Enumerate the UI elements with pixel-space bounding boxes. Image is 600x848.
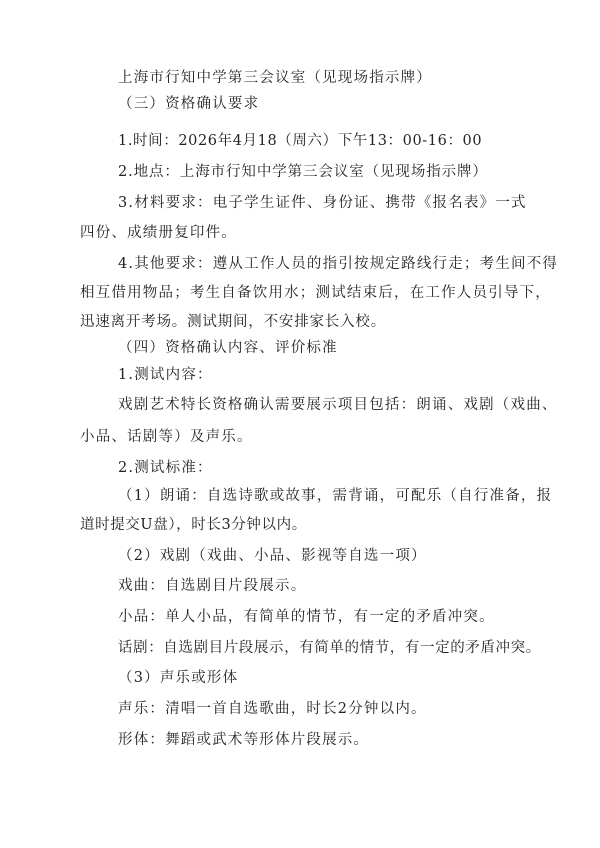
item-2-location: 2.地点：上海市行知中学第三会议室（见现场指示牌）: [118, 162, 488, 182]
section-3-title: （三）资格确认要求: [118, 94, 259, 114]
vocal-body-title: （3）声乐或形体: [118, 668, 238, 688]
section-4-title: （四）资格确认内容、评价标准: [118, 338, 338, 358]
drama-title: （2）戏剧（戏曲、小品、影视等自选一项）: [118, 546, 427, 566]
item-1-time: 1.时间：2026年4月18（周六）下午13：00-16：00: [118, 131, 482, 151]
item-4-other-line-1: 4.其他要求：遵从工作人员的指引按规定路线行走；考生间不得: [118, 254, 510, 274]
recitation-line-1: （1）朗诵：自选诗歌或故事，需背诵，可配乐（自行准备，报: [118, 486, 510, 506]
test-standard-title: 2.测试标准：: [118, 458, 213, 478]
test-content-line-2: 小品、话剧等）及声乐。: [80, 427, 253, 447]
test-content-title: 1.测试内容：: [118, 365, 213, 385]
item-4-other-line-3: 迅速离开考场。测试期间，不安排家长入校。: [80, 312, 386, 332]
opera-standard: 戏曲：自选剧目片段展示。: [118, 576, 306, 596]
sketch-standard: 小品：单人小品，有简单的情节，有一定的矛盾冲突。: [118, 607, 495, 627]
test-content-line-1: 戏剧艺术特长资格确认需要展示项目包括：朗诵、戏剧（戏曲、: [118, 395, 510, 415]
item-3-materials-line-1: 3.材料要求：电子学生证件、身份证、携带《报名表》一式: [118, 193, 510, 213]
vocal-standard: 声乐：清唱一首自选歌曲，时长2分钟以内。: [118, 699, 427, 719]
venue-line: 上海市行知中学第三会议室（见现场指示牌）: [118, 68, 432, 88]
recitation-line-2: 道时提交U盘），时长3分钟以内。: [80, 515, 307, 535]
play-standard: 话剧：自选剧目片段展示，有简单的情节，有一定的矛盾冲突。: [118, 638, 541, 658]
body-movement-standard: 形体：舞蹈或武术等形体片段展示。: [118, 730, 369, 750]
document-page: 上海市行知中学第三会议室（见现场指示牌） （三）资格确认要求 1.时间：2026…: [0, 0, 600, 848]
item-4-other-line-2: 相互借用物品；考生自备饮用水；测试结束后，在工作人员引导下，: [80, 283, 510, 303]
item-3-materials-line-2: 四份、成绩册复印件。: [80, 223, 237, 243]
